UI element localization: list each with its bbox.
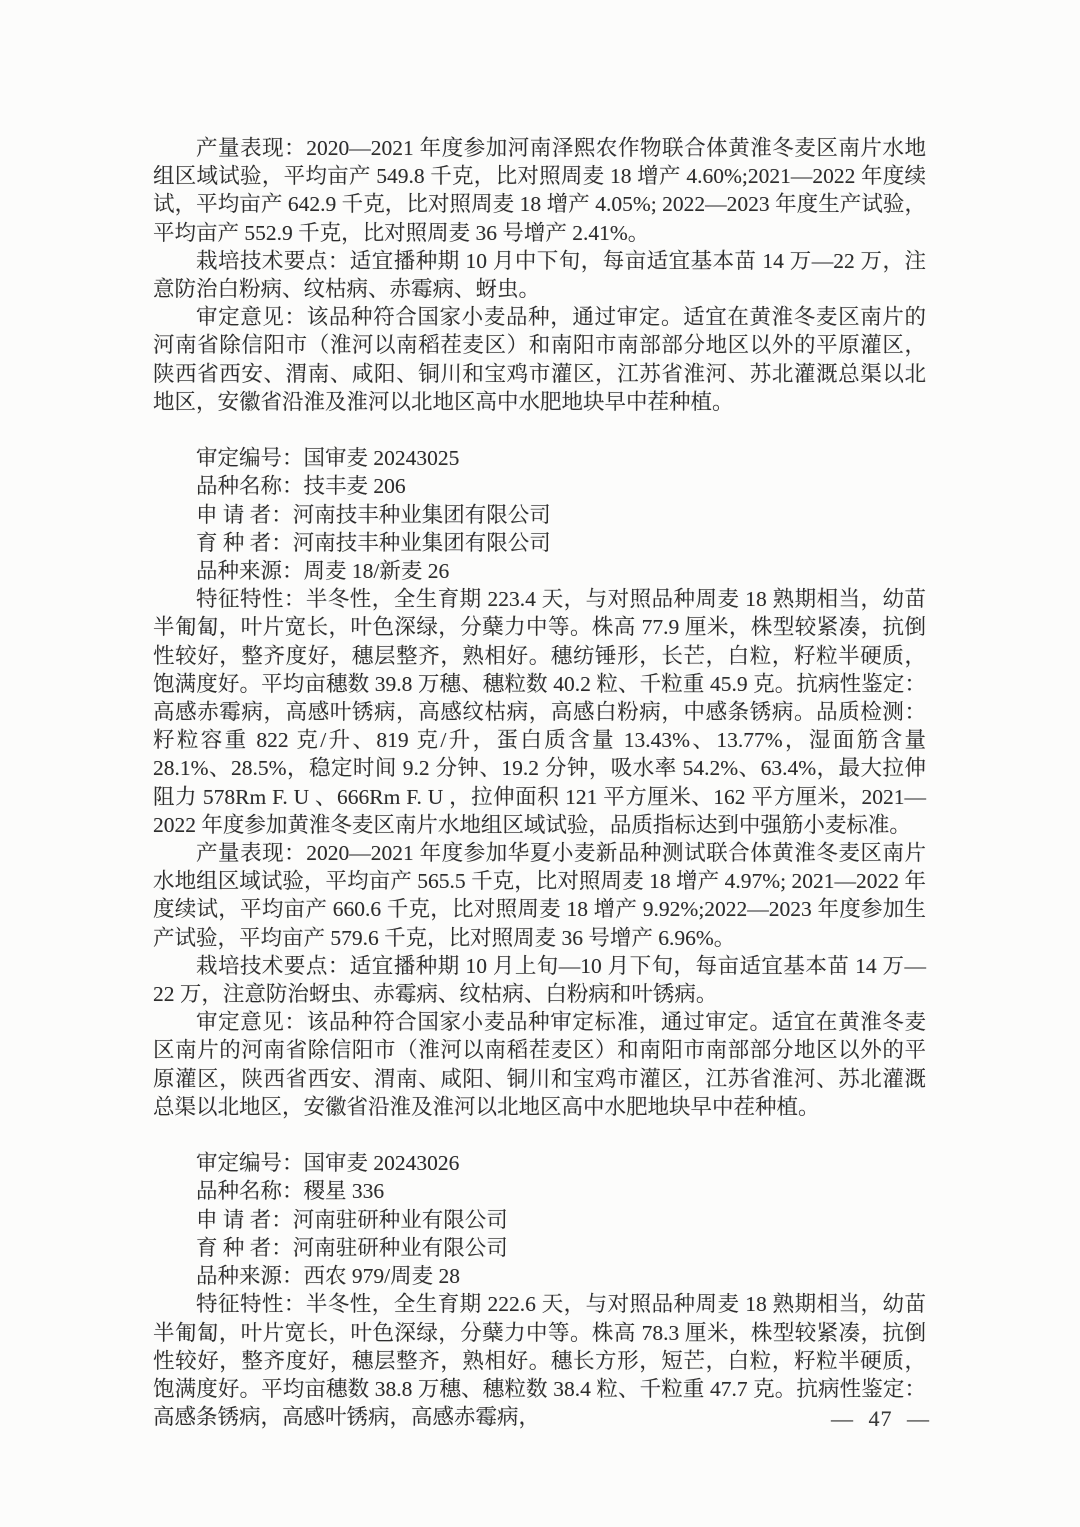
cultivation-paragraph: 栽培技术要点：适宜播种期 10 月上旬—10 月下旬，每亩适宜基本苗 14 万—… [153,952,926,1008]
traits-paragraph: 特征特性：半冬性，全生育期 222.6 天，与对照品种周麦 18 熟期相当，幼苗… [153,1290,926,1431]
applicant: 申 请 者：河南技丰种业集团有限公司 [153,501,926,529]
cultivation-paragraph: 栽培技术要点：适宜播种期 10 月中下旬，每亩适宜基本苗 14 万—22 万，注… [153,247,926,303]
breeder: 育 种 者：河南驻研种业有限公司 [153,1234,926,1262]
traits-paragraph: 特征特性：半冬性，全生育期 223.4 天，与对照品种周麦 18 熟期相当，幼苗… [153,585,926,839]
page-number: — 47 — [831,1406,930,1432]
variety-name: 品种名称：稷星 336 [153,1177,926,1205]
variety-entry-1: 审定编号：国审麦 20243025 品种名称：技丰麦 206 申 请 者：河南技… [153,444,926,1121]
approval-number: 审定编号：国审麦 20243026 [153,1149,926,1177]
approval-opinion-paragraph: 审定意见：该品种符合国家小麦品种审定标准，通过审定。适宜在黄淮冬麦区南片的河南省… [153,1008,926,1121]
variety-name: 品种名称：技丰麦 206 [153,472,926,500]
document-content: 产量表现：2020—2021 年度参加河南泽熙农作物联合体黄淮冬麦区南片水地组区… [153,134,926,1431]
variety-entry-2: 审定编号：国审麦 20243026 品种名称：稷星 336 申 请 者：河南驻研… [153,1149,926,1431]
breeder: 育 种 者：河南技丰种业集团有限公司 [153,529,926,557]
variety-origin: 品种来源：西农 979/周麦 28 [153,1262,926,1290]
document-page: 产量表现：2020—2021 年度参加河南泽熙农作物联合体黄淮冬麦区南片水地组区… [0,0,1080,1527]
approval-number: 审定编号：国审麦 20243025 [153,444,926,472]
yield-paragraph: 产量表现：2020—2021 年度参加河南泽熙农作物联合体黄淮冬麦区南片水地组区… [153,134,926,247]
applicant: 申 请 者：河南驻研种业有限公司 [153,1206,926,1234]
yield-paragraph: 产量表现：2020—2021 年度参加华夏小麦新品种测试联合体黄淮冬麦区南片水地… [153,839,926,952]
variety-origin: 品种来源：周麦 18/新麦 26 [153,557,926,585]
approval-opinion-paragraph: 审定意见：该品种符合国家小麦品种，通过审定。适宜在黄淮冬麦区南片的河南省除信阳市… [153,303,926,416]
